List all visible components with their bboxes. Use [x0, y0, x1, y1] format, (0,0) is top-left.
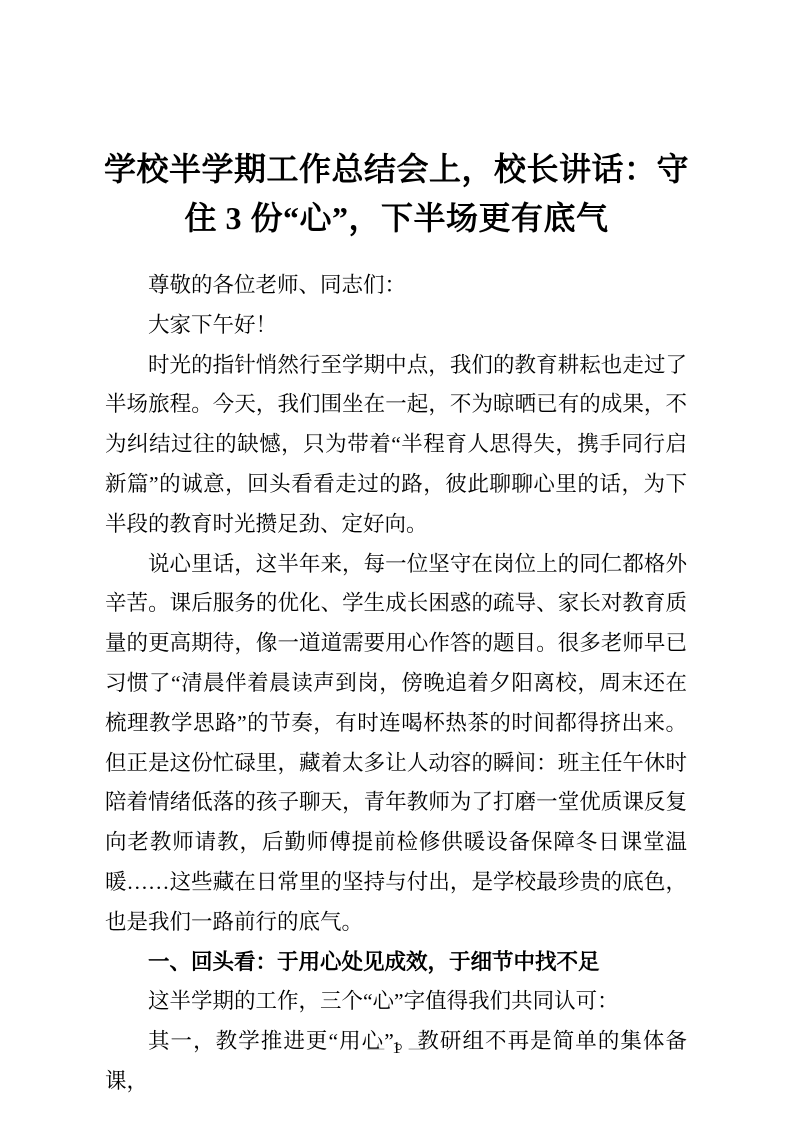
page-footer: —1—	[0, 1036, 793, 1060]
footer-dash-right: —	[409, 1038, 426, 1057]
paragraph: 其一，教学推进更“用心”。教研组不再是简单的集体备课，	[105, 1022, 687, 1102]
footer-dash-left: —	[367, 1038, 384, 1057]
document-page: 学校半学期工作总结会上，校长讲话：守 住 3 份“心”，下半场更有底气 尊敬的各…	[0, 0, 793, 1122]
paragraph: 尊敬的各位老师、同志们：	[105, 266, 687, 306]
document-title: 学校半学期工作总结会上，校长讲话：守 住 3 份“心”，下半场更有底气	[50, 145, 743, 243]
paragraph: 大家下午好！	[105, 306, 687, 346]
paragraph: 这半学期的工作，三个“心”字值得我们共同认可：	[105, 982, 687, 1022]
document-body: 尊敬的各位老师、同志们：大家下午好！时光的指针悄然行至学期中点，我们的教育耕耘也…	[105, 266, 687, 1102]
document-title-line-2: 住 3 份“心”，下半场更有底气	[50, 194, 743, 243]
section-heading: 一、回头看：于用心处见成效，于细节中找不足	[105, 943, 687, 983]
document-title-line-1: 学校半学期工作总结会上，校长讲话：守	[50, 145, 743, 194]
paragraph: 时光的指针悄然行至学期中点，我们的教育耕耘也走过了半场旅程。今天，我们围坐在一起…	[105, 346, 687, 545]
footer-page-number: 1	[392, 1038, 401, 1057]
paragraph: 说心里话，这半年来，每一位坚守在岗位上的同仁都格外辛苦。课后服务的优化、学生成长…	[105, 545, 687, 943]
